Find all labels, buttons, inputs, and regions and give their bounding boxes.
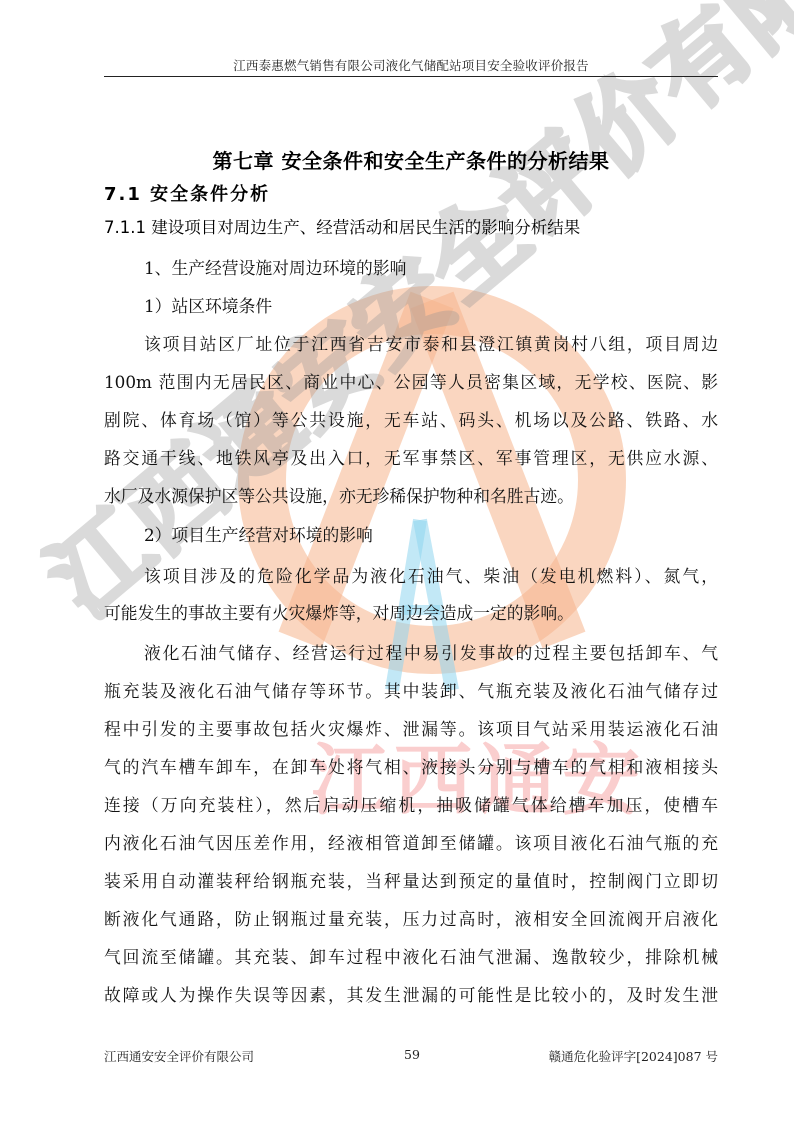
paragraph-line: 瓶充装及液化石油气储存等环节。其中装卸、气瓶充装及液化石油气储存过 (104, 678, 718, 702)
report-title: 江西泰惠燃气销售有限公司液化气储配站项目安全验收评价报告 (104, 56, 718, 74)
document-page: 江西通安 江西通安安全评价有限公司 江西泰惠燃气销售有限公司液化气储配站项目安全… (0, 0, 794, 1123)
paragraph-line: 连接（万向充装柱），然后启动压缩机，抽吸储罐气体给槽车加压，使槽车 (104, 792, 718, 816)
section-title: 7.1 安全条件分析 (104, 180, 270, 206)
paragraph-line: 该项目站区厂址位于江西省吉安市泰和县澄江镇黄岗村八组，项目周边 (144, 331, 718, 355)
heading-1-1-site-environment: 1）站区环境条件 (144, 293, 718, 317)
paragraph-line: 水厂及水源保护区等公共设施，亦无珍稀保护物种和名胜古迹。 (104, 483, 718, 507)
heading-1-facility-impact: 1、生产经营设施对周边环境的影响 (144, 255, 718, 279)
page-header: 江西泰惠燃气销售有限公司液化气储配站项目安全验收评价报告 (104, 52, 718, 77)
paragraph-line: 气回流至储罐。其充装、卸车过程中液化石油气泄漏、逸散较少，排除机械 (104, 944, 718, 968)
chapter-title: 第七章 安全条件和安全生产条件的分析结果 (104, 145, 718, 174)
paragraph-line: 故障或人为操作失误等因素，其发生泄漏的可能性是比较小的，及时发生泄 (104, 982, 718, 1006)
paragraph-line: 内液化石油气因压差作用，经液相管道卸至储罐。该项目液化石油气瓶的充 (104, 830, 718, 854)
paragraph-line: 剧院、体育场（馆）等公共设施，无车站、码头、机场以及公路、铁路、水 (104, 407, 718, 431)
paragraph-line: 断液化气通路，防止钢瓶过量充装，压力过高时，液相安全回流阀开启液化 (104, 906, 718, 930)
paragraph-line: 100m 范围内无居民区、商业中心、公园等人员密集区域，无学校、医院、影 (104, 369, 718, 393)
document-number: 赣通危化验评字[2024]087 号 (549, 1047, 718, 1065)
page-number: 59 (404, 1047, 420, 1062)
paragraph-line: 可能发生的事故主要有火灾爆炸等，对周边会造成一定的影响。 (104, 600, 718, 624)
paragraph-line: 装采用自动灌装秤给钢瓶充装，当秤量达到预定的量值时，控制阀门立即切 (104, 868, 718, 892)
footer-company: 江西通安安全评价有限公司 (104, 1047, 254, 1065)
page-footer: 江西通安安全评价有限公司 59 赣通危化验评字[2024]087 号 (104, 1047, 718, 1067)
paragraph-line: 路交通干线、地铁风亭及出入口，无军事禁区、军事管理区，无供应水源、 (104, 445, 718, 469)
heading-1-2-operation-impact: 2）项目生产经营对环境的影响 (144, 522, 718, 546)
subsection-title: 7.1.1 建设项目对周边生产、经营活动和居民生活的影响分析结果 (104, 214, 580, 238)
paragraph-line: 液化石油气储存、经营运行过程中易引发事故的过程主要包括卸车、气 (144, 640, 718, 664)
paragraph-line: 气的汽车槽车卸车，在卸车处将气相、液接头分别与槽车的气相和液相接头 (104, 754, 718, 778)
paragraph-line: 程中引发的主要事故包括火灾爆炸、泄漏等。该项目气站采用装运液化石油 (104, 716, 718, 740)
paragraph-line: 该项目涉及的危险化学品为液化石油气、柴油（发电机燃料）、氮气， (144, 563, 718, 587)
